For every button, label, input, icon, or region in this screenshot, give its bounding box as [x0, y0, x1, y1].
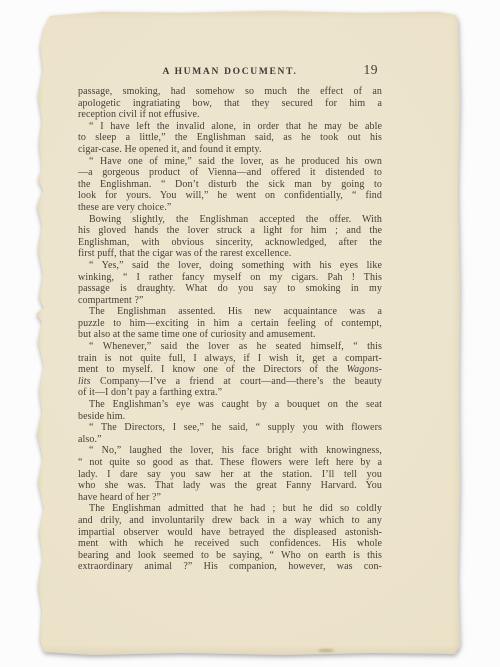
page-number: 19 — [364, 62, 379, 78]
text-line: The Englishman assented. His new acquain… — [78, 306, 382, 318]
text-line: “ I have left the invalid alone, in orde… — [78, 121, 382, 133]
text-line: passage is draughty. What do you say to … — [78, 283, 382, 295]
text-line: “ Whenever,” said the lover as he seated… — [78, 341, 382, 353]
text-line: beside him. — [78, 411, 382, 423]
text-line: Bowing slightly, the Englishman accepted… — [78, 214, 382, 226]
scanned-book-page: A HUMAN DOCUMENT. 19 passage, smoking, h… — [0, 0, 500, 667]
page-text: passage, smoking, had somehow so much th… — [78, 86, 382, 573]
text-line: “ not quite so good as that. These flowe… — [78, 457, 382, 469]
text-line: winking, “ I rather fancy myself on my c… — [78, 272, 382, 284]
text-line: also.” — [78, 434, 382, 446]
text-line: lady. I dare say you saw her at the stat… — [78, 469, 382, 481]
text-line: Englishman, with obvious sincerity, ackn… — [78, 237, 382, 249]
running-head: A HUMAN DOCUMENT. 19 — [78, 64, 382, 80]
text-line: the Englishman. “ Don’t disturb the sick… — [78, 179, 382, 191]
text-line: —a gorgeous product of Vienna—and offere… — [78, 167, 382, 179]
text-line: reception civil if not effusive. — [78, 109, 382, 121]
text-line: The Englishman’s eye was caught by a bou… — [78, 399, 382, 411]
text-line: compartment ?” — [78, 295, 382, 307]
text-line: The Englishman admitted that he had ; bu… — [78, 503, 382, 515]
text-line: train is not quite full, I always, if I … — [78, 353, 382, 365]
text-line: look for yours. You will,” he went on co… — [78, 190, 382, 202]
text-line: to sleep a little,” the Englishman said,… — [78, 132, 382, 144]
running-head-title: A HUMAN DOCUMENT. — [162, 67, 297, 77]
text-line: and drily, and involuntarily drew back i… — [78, 515, 382, 527]
paper-surface: A HUMAN DOCUMENT. 19 passage, smoking, h… — [32, 10, 460, 655]
text-line: puzzle to him—exciting in him a certain … — [78, 318, 382, 330]
text-line: impartial observer would have betrayed t… — [78, 527, 382, 539]
text-line: extraordinary animal ?” His companion, h… — [78, 561, 382, 573]
text-line: of it—I don’t pay a farthing extra.” — [78, 387, 382, 399]
text-line: his gloved hands the lover struck a ligh… — [78, 225, 382, 237]
text-line: ment with which he received such confide… — [78, 538, 382, 550]
text-line: cigar-case. He opened it, and found it e… — [78, 144, 382, 156]
text-line: bearing and look seemed to be saying, “ … — [78, 550, 382, 562]
text-line: apologetic ingratiating bow, that they s… — [78, 98, 382, 110]
text-line: who she was. That lady was the great Fan… — [78, 480, 382, 492]
text-line: passage, smoking, had somehow so much th… — [78, 86, 382, 98]
paper-sheet: A HUMAN DOCUMENT. 19 passage, smoking, h… — [32, 10, 460, 655]
text-line: “ The Directors, I see,” he said, “ supp… — [78, 422, 382, 434]
paper-stain — [318, 649, 334, 652]
text-line: have heard of her ?” — [78, 492, 382, 504]
text-line: lits Company—I’ve a friend at court—and—… — [78, 376, 382, 388]
text-line: “ Have one of mine,” said the lover, as … — [78, 156, 382, 168]
text-line: these are very choice.” — [78, 202, 382, 214]
text-line: ment to myself. I know one of the Direct… — [78, 364, 382, 376]
text-line: but also at the same time one of curiosi… — [78, 329, 382, 341]
text-line: “ No,” laughed the lover, his face brigh… — [78, 445, 382, 457]
text-line: “ Yes,” said the lover, doing something … — [78, 260, 382, 272]
text-line: first puff, that the cigar was of the ra… — [78, 248, 382, 260]
